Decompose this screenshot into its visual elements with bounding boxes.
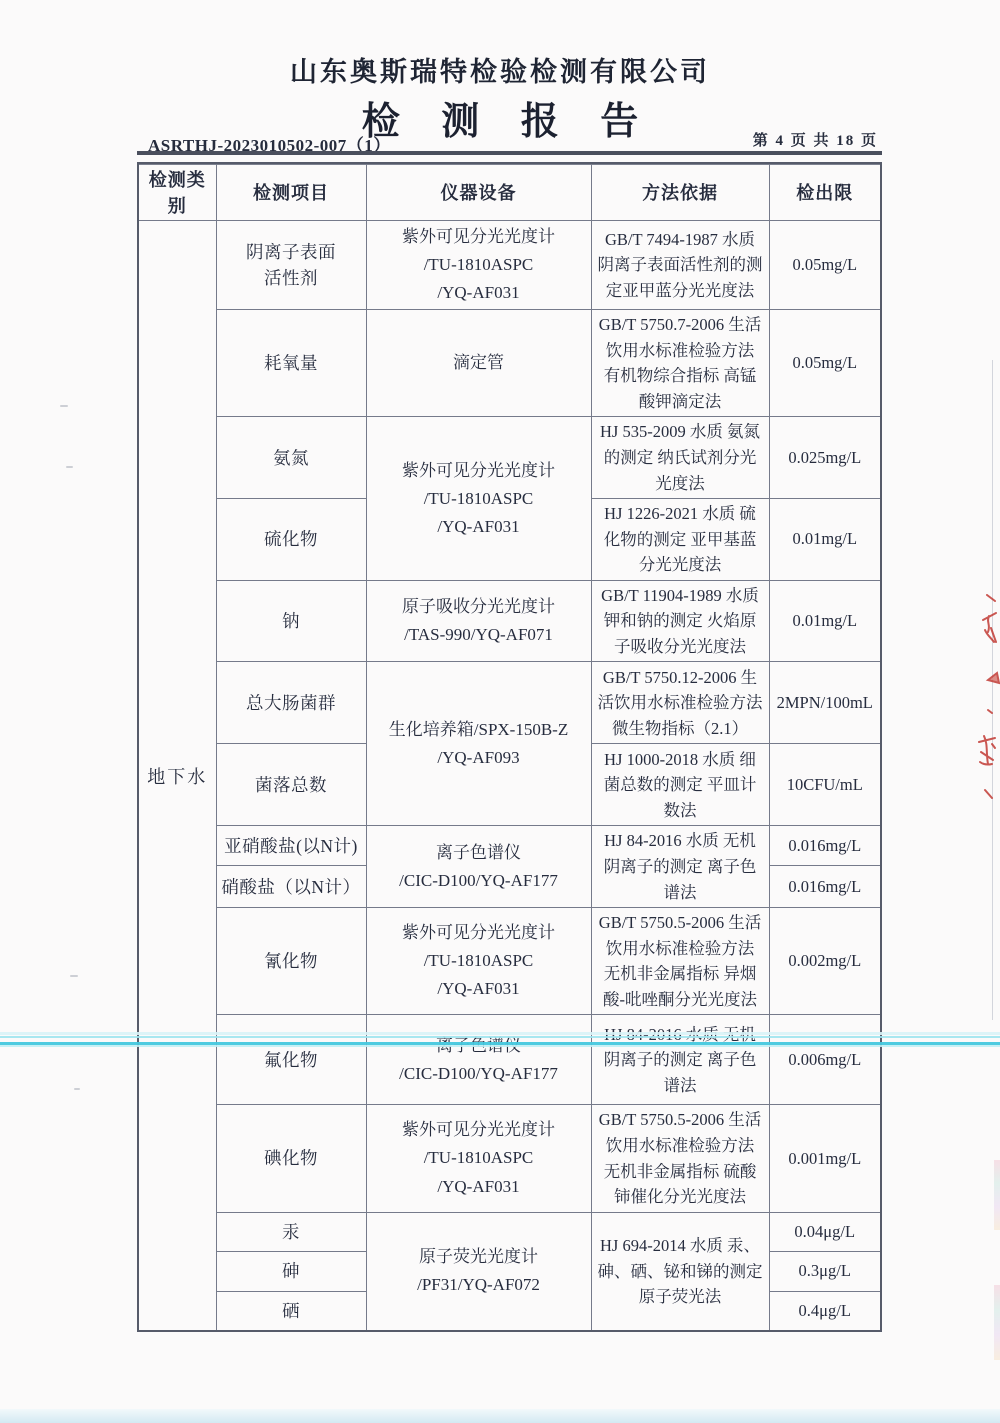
cell-item: 耗氧量 [216,310,366,417]
cell-method: HJ 535-2009 水质 氨氮 的测定 纳氏试剂分光 光度法 [591,417,769,499]
table-row: 氟化物 离子色谱仪 /CIC-D100/YQ-AF177 HJ 84-2016 … [138,1015,881,1105]
cell-method: GB/T 7494-1987 水质 阴离子表面活性剂的测 定亚甲蓝分光光度法 [591,221,769,310]
cell-limit: 0.3μg/L [769,1251,881,1291]
cell-category: 地下水 [138,221,216,1332]
cell-limit: 10CFU/mL [769,744,881,826]
cell-instrument: 原子吸收分光光度计 /TAS-990/YQ-AF071 [366,580,591,662]
cell-instrument: 离子色谱仪 /CIC-D100/YQ-AF177 [366,1015,591,1105]
cell-limit: 0.025mg/L [769,417,881,499]
scan-speck [66,466,73,468]
cell-limit: 0.4μg/L [769,1291,881,1331]
cell-instrument: 生化培养箱/SPX-150B-Z /YQ-AF093 [366,662,591,826]
col-header-instrument: 仪器设备 [366,163,591,221]
cell-instrument: 原子荧光光度计 /PF31/YQ-AF072 [366,1212,591,1331]
cell-item: 总大肠菌群 [216,662,366,744]
table-row: 汞 原子荧光光度计 /PF31/YQ-AF072 HJ 694-2014 水质 … [138,1212,881,1251]
cell-item: 钠 [216,580,366,662]
cell-instrument: 滴定管 [366,310,591,417]
cell-method: HJ 1000-2018 水质 细 菌总数的测定 平皿计 数法 [591,744,769,826]
col-header-item: 检测项目 [216,163,366,221]
scan-speck [60,405,68,407]
cell-limit: 0.016mg/L [769,826,881,866]
cell-instrument: 离子色谱仪 /CIC-D100/YQ-AF177 [366,826,591,908]
cell-method: HJ 1226-2021 水质 硫 化物的测定 亚甲基蓝 分光光度法 [591,499,769,581]
col-header-limit: 检出限 [769,163,881,221]
table-row: 碘化物 紫外可见分光光度计 /TU-1810ASPC /YQ-AF031 GB/… [138,1105,881,1212]
table-header-row: 检测类别 检测项目 仪器设备 方法依据 检出限 [138,163,881,221]
cell-method: HJ 84-2016 水质 无机 阴离子的测定 离子色 谱法 [591,826,769,908]
table-row: 总大肠菌群 生化培养箱/SPX-150B-Z /YQ-AF093 GB/T 57… [138,662,881,744]
cell-item: 阴离子表面 活性剂 [216,221,366,310]
table-row: 亚硝酸盐(以N计) 离子色谱仪 /CIC-D100/YQ-AF177 HJ 84… [138,826,881,866]
cell-instrument: 紫外可见分光光度计 /TU-1810ASPC /YQ-AF031 [366,1105,591,1212]
cell-limit: 0.016mg/L [769,866,881,908]
cell-item: 氟化物 [216,1015,366,1105]
table-row: 耗氧量 滴定管 GB/T 5750.7-2006 生活 饮用水标准检验方法 有机… [138,310,881,417]
cell-limit: 0.01mg/L [769,499,881,581]
cell-item: 氰化物 [216,908,366,1015]
scan-speck [70,975,78,977]
cell-limit: 0.006mg/L [769,1015,881,1105]
cell-method: GB/T 11904-1989 水质 钾和钠的测定 火焰原 子吸收分光光度法 [591,580,769,662]
cell-limit: 0.05mg/L [769,221,881,310]
scan-artifact-bottom-strip [0,1409,1000,1423]
cell-limit: 0.001mg/L [769,1105,881,1212]
cell-item: 亚硝酸盐(以N计) [216,826,366,866]
table-row: 地下水 阴离子表面 活性剂 紫外可见分光光度计 /TU-1810ASPC /YQ… [138,221,881,310]
cell-item: 氨氮 [216,417,366,499]
cell-item: 汞 [216,1212,366,1251]
cell-method: GB/T 5750.5-2006 生活 饮用水标准检验方法 无机非金属指标 硫酸… [591,1105,769,1212]
col-header-category: 检测类别 [138,163,216,221]
table-row: 氰化物 紫外可见分光光度计 /TU-1810ASPC /YQ-AF031 GB/… [138,908,881,1015]
cell-limit: 2MPN/100mL [769,662,881,744]
handwritten-red-marks [958,540,1000,850]
cell-item: 硒 [216,1291,366,1331]
test-methods-table: 检测类别 检测项目 仪器设备 方法依据 检出限 地下水 阴离子表面 活性剂 紫外… [137,162,882,1332]
page-edge-shadow [992,360,993,1020]
scan-edge-noise [994,1160,1000,1230]
cell-instrument: 紫外可见分光光度计 /TU-1810ASPC /YQ-AF031 [366,908,591,1015]
cell-limit: 0.01mg/L [769,580,881,662]
scanned-report-page: 山东奥斯瑞特检验检测有限公司 检 测 报 告 ASRTHJ-2023010502… [0,0,1000,1423]
cell-method: GB/T 5750.7-2006 生活 饮用水标准检验方法 有机物综合指标 高锰… [591,310,769,417]
cell-item: 硫化物 [216,499,366,581]
cell-limit: 0.05mg/L [769,310,881,417]
cell-item: 砷 [216,1251,366,1291]
cell-method: HJ 694-2014 水质 汞、 砷、硒、铋和锑的测定 原子荧光法 [591,1212,769,1331]
scan-edge-noise [994,1285,1000,1360]
cell-item: 菌落总数 [216,744,366,826]
page-number: 第 4 页 共 18 页 [753,129,878,150]
col-header-method: 方法依据 [591,163,769,221]
table-row: 氨氮 紫外可见分光光度计 /TU-1810ASPC /YQ-AF031 HJ 5… [138,417,881,499]
cell-item: 碘化物 [216,1105,366,1212]
table-row: 钠 原子吸收分光光度计 /TAS-990/YQ-AF071 GB/T 11904… [138,580,881,662]
cell-limit: 0.002mg/L [769,908,881,1015]
cell-instrument: 紫外可见分光光度计 /TU-1810ASPC /YQ-AF031 [366,221,591,310]
company-name: 山东奥斯瑞特检验检测有限公司 [0,50,1000,89]
cell-method: GB/T 5750.12-2006 生 活饮用水标准检验方法 微生物指标（2.1… [591,662,769,744]
cell-method: GB/T 5750.5-2006 生活 饮用水标准检验方法 无机非金属指标 异烟… [591,908,769,1015]
cell-limit: 0.04μg/L [769,1212,881,1251]
scan-speck [74,1088,80,1090]
cell-item: 硝酸盐（以N计） [216,866,366,908]
cell-instrument: 紫外可见分光光度计 /TU-1810ASPC /YQ-AF031 [366,417,591,580]
cell-method: HJ 84-2016 水质 无机 阴离子的测定 离子色 谱法 [591,1015,769,1105]
